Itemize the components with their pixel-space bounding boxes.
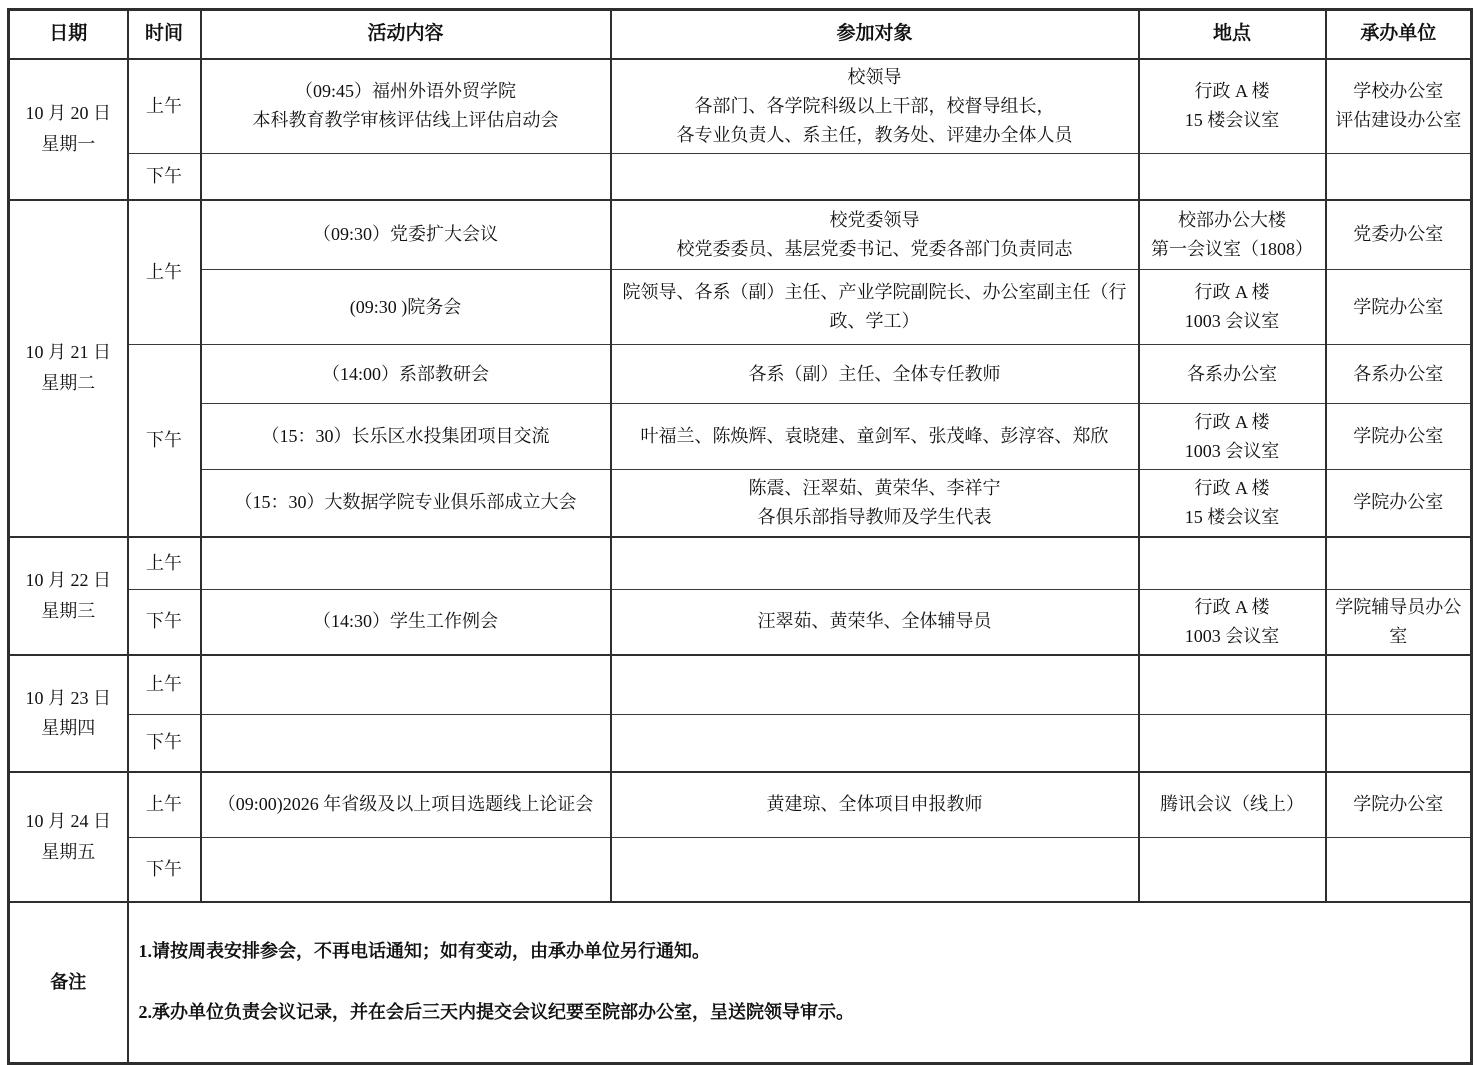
time-cell: 上午 xyxy=(128,655,201,715)
remark-line-2: 2.承办单位负责会议记录，并在会后三天内提交会议纪要至院部办公室，呈送院领导审示… xyxy=(139,997,1463,1028)
remarks-row: 备注 1.请按周表安排参会，不再电话通知；如有变动，由承办单位另行通知。 2.承… xyxy=(9,902,1472,1063)
activity-cell: （09:30）党委扩大会议 xyxy=(201,200,611,270)
schedule-row: 10 月 23 日 星期四 上午 xyxy=(9,655,1472,715)
header-organizer: 承办单位 xyxy=(1326,10,1472,59)
activity-cell xyxy=(201,655,611,715)
organizer-cell: 各系办公室 xyxy=(1326,345,1472,404)
activity-cell xyxy=(201,838,611,902)
header-activity: 活动内容 xyxy=(201,10,611,59)
header-time: 时间 xyxy=(128,10,201,59)
time-cell: 上午 xyxy=(128,537,201,590)
schedule-row: 下午 xyxy=(9,715,1472,772)
date-cell: 10 月 22 日 星期三 xyxy=(9,537,128,655)
participants-cell xyxy=(611,154,1139,200)
activity-cell: (09:30 )院务会 xyxy=(201,270,611,345)
remarks-label: 备注 xyxy=(9,902,128,1063)
location-cell: 行政 A 楼 1003 会议室 xyxy=(1139,590,1326,655)
time-cell: 下午 xyxy=(128,154,201,200)
participants-cell: 汪翠茹、黄荣华、全体辅导员 xyxy=(611,590,1139,655)
schedule-row: 10 月 24 日 星期五 上午 （09:00)2026 年省级及以上项目选题线… xyxy=(9,772,1472,838)
participants-cell xyxy=(611,537,1139,590)
remarks-cell: 1.请按周表安排参会，不再电话通知；如有变动，由承办单位另行通知。 2.承办单位… xyxy=(128,902,1472,1063)
header-participants: 参加对象 xyxy=(611,10,1139,59)
date-cell: 10 月 24 日 星期五 xyxy=(9,772,128,902)
schedule-row: (09:30 )院务会 院领导、各系（副）主任、产业学院副院长、办公室副主任（行… xyxy=(9,270,1472,345)
time-cell: 上午 xyxy=(128,200,201,345)
date-cell: 10 月 23 日 星期四 xyxy=(9,655,128,772)
time-cell: 下午 xyxy=(128,838,201,902)
location-cell: 校部办公大楼 第一会议室（1808） xyxy=(1139,200,1326,270)
schedule-row: 10 月 22 日 星期三 上午 xyxy=(9,537,1472,590)
header-date: 日期 xyxy=(9,10,128,59)
weekly-schedule-table: 日期 时间 活动内容 参加对象 地点 承办单位 10 月 20 日 星期一 上午… xyxy=(7,8,1473,1065)
time-cell: 下午 xyxy=(128,590,201,655)
participants-cell xyxy=(611,715,1139,772)
activity-cell: （15：30）大数据学院专业俱乐部成立大会 xyxy=(201,470,611,537)
location-cell: 行政 A 楼 1003 会议室 xyxy=(1139,270,1326,345)
participants-cell: 叶福兰、陈焕辉、袁晓建、童剑军、张茂峰、彭淳容、郑欣 xyxy=(611,404,1139,470)
time-cell: 上午 xyxy=(128,772,201,838)
location-cell xyxy=(1139,715,1326,772)
participants-cell: 黄建琼、全体项目申报教师 xyxy=(611,772,1139,838)
organizer-cell: 学院办公室 xyxy=(1326,404,1472,470)
organizer-cell xyxy=(1326,655,1472,715)
activity-cell xyxy=(201,154,611,200)
location-cell xyxy=(1139,154,1326,200)
activity-cell: （15：30）长乐区水投集团项目交流 xyxy=(201,404,611,470)
schedule-row: （15：30）长乐区水投集团项目交流 叶福兰、陈焕辉、袁晓建、童剑军、张茂峰、彭… xyxy=(9,404,1472,470)
schedule-row: 下午 xyxy=(9,154,1472,200)
participants-cell: 陈震、汪翠茹、黄荣华、李祥宁 各俱乐部指导教师及学生代表 xyxy=(611,470,1139,537)
participants-cell: 校领导 各部门、各学院科级以上干部，校督导组长， 各专业负责人、系主任，教务处、… xyxy=(611,59,1139,154)
date-cell: 10 月 20 日 星期一 xyxy=(9,59,128,200)
organizer-cell: 学校办公室 评估建设办公室 xyxy=(1326,59,1472,154)
organizer-cell: 学院办公室 xyxy=(1326,772,1472,838)
location-cell: 行政 A 楼 15 楼会议室 xyxy=(1139,59,1326,154)
schedule-row: 10 月 20 日 星期一 上午 （09:45）福州外语外贸学院 本科教育教学审… xyxy=(9,59,1472,154)
location-cell: 腾讯会议（线上） xyxy=(1139,772,1326,838)
activity-cell xyxy=(201,715,611,772)
schedule-row: 下午 （14:00）系部教研会 各系（副）主任、全体专任教师 各系办公室 各系办… xyxy=(9,345,1472,404)
time-cell: 下午 xyxy=(128,715,201,772)
organizer-cell: 党委办公室 xyxy=(1326,200,1472,270)
schedule-row: （15：30）大数据学院专业俱乐部成立大会 陈震、汪翠茹、黄荣华、李祥宁 各俱乐… xyxy=(9,470,1472,537)
date-cell: 10 月 21 日 星期二 xyxy=(9,200,128,537)
location-cell: 各系办公室 xyxy=(1139,345,1326,404)
time-cell: 下午 xyxy=(128,345,201,537)
schedule-row: 下午 （14:30）学生工作例会 汪翠茹、黄荣华、全体辅导员 行政 A 楼 10… xyxy=(9,590,1472,655)
activity-cell: （14:30）学生工作例会 xyxy=(201,590,611,655)
location-cell: 行政 A 楼 1003 会议室 xyxy=(1139,404,1326,470)
participants-cell xyxy=(611,655,1139,715)
activity-cell: （09:00)2026 年省级及以上项目选题线上论证会 xyxy=(201,772,611,838)
participants-cell xyxy=(611,838,1139,902)
participants-cell: 院领导、各系（副）主任、产业学院副院长、办公室副主任（行政、学工） xyxy=(611,270,1139,345)
schedule-row: 下午 xyxy=(9,838,1472,902)
participants-cell: 各系（副）主任、全体专任教师 xyxy=(611,345,1139,404)
header-row: 日期 时间 活动内容 参加对象 地点 承办单位 xyxy=(9,10,1472,59)
organizer-cell: 学院办公室 xyxy=(1326,470,1472,537)
activity-cell xyxy=(201,537,611,590)
activity-cell: （09:45）福州外语外贸学院 本科教育教学审核评估线上评估启动会 xyxy=(201,59,611,154)
schedule-row: 10 月 21 日 星期二 上午 （09:30）党委扩大会议 校党委领导 校党委… xyxy=(9,200,1472,270)
schedule-sheet: 日期 时间 活动内容 参加对象 地点 承办单位 10 月 20 日 星期一 上午… xyxy=(7,8,1470,1065)
header-location: 地点 xyxy=(1139,10,1326,59)
organizer-cell: 学院办公室 xyxy=(1326,270,1472,345)
organizer-cell xyxy=(1326,154,1472,200)
location-cell xyxy=(1139,838,1326,902)
time-cell: 上午 xyxy=(128,59,201,154)
organizer-cell xyxy=(1326,715,1472,772)
location-cell xyxy=(1139,537,1326,590)
participants-cell: 校党委领导 校党委委员、基层党委书记、党委各部门负责同志 xyxy=(611,200,1139,270)
organizer-cell xyxy=(1326,838,1472,902)
location-cell xyxy=(1139,655,1326,715)
remark-line-1: 1.请按周表安排参会，不再电话通知；如有变动，由承办单位另行通知。 xyxy=(139,936,1463,967)
organizer-cell xyxy=(1326,537,1472,590)
organizer-cell: 学院辅导员办公室 xyxy=(1326,590,1472,655)
activity-cell: （14:00）系部教研会 xyxy=(201,345,611,404)
location-cell: 行政 A 楼 15 楼会议室 xyxy=(1139,470,1326,537)
